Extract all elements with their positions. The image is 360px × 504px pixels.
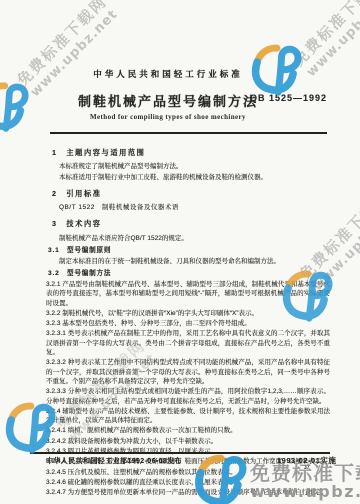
header-rule: [50, 132, 327, 134]
page-number: 37: [304, 465, 310, 471]
page-title: 制鞋机械产品型号编制方法: [58, 91, 278, 110]
subsection-heading: 3.2 型号编制方法: [48, 269, 330, 278]
paragraph: 本标准规定了制鞋机械产品型号编制方法。: [46, 162, 330, 171]
document-content: 中华人民共和国轻工行业标准 制鞋机械产品型号编制方法 Method for co…: [0, 0, 360, 504]
clause-paragraph: 3.2.1 产品型号由制鞋机械产品代号、基本型号、辅助型号三部分组成，制鞋机械代…: [46, 280, 330, 308]
footer-published: 中华人民共和国轻工业部1992-06-08发布: [46, 456, 182, 466]
paragraph: 制定本标准目的在于统一制鞋机械设备、刀具和仪器的型号命名和编制方法。: [46, 257, 330, 266]
clause-paragraph: 3.2.4 辅助型号表示产品的技术规格、主要性能参数、设计顺序号，技术规格和主要…: [46, 407, 330, 426]
clause-paragraph: 3.2.3 基本型号包括类号、种号、分种号三部分，由二至四个符号组成。: [46, 319, 330, 328]
section-heading: 2 引用标准: [52, 189, 330, 198]
page-title-english: Method for compiling types of shoe mechi…: [58, 113, 278, 121]
clause-paragraph: 3.2.2 制鞋机械代号，以“鞋”字的汉语拼音“Xie”的字头大写印刷体“X”表…: [46, 309, 330, 318]
clause-paragraph: 3.2.4.6 硫化罐的规格参数以罐的直径乘以长度表示，以厘米表示。: [46, 478, 330, 487]
reference-line: QB/T 1522 制鞋机械设备及仪器术语: [59, 203, 330, 212]
clause-paragraph: 3.2.4.2 裁料设备规格参数为冲裁力大小，以千牛顿数表示。: [46, 437, 330, 446]
issuing-org-line: 中华人民共和国轻工行业标准: [58, 68, 278, 80]
clause-paragraph: 3.2.3.3 分种号表示相同主结构型式或相同功能中派生的产品，用阿拉伯数字1,…: [46, 387, 330, 406]
paragraph: 制鞋机械产品术语应符合QB/T 1522的规定。: [46, 234, 330, 243]
clause-paragraph: 3.2.4.5 压合机及模压、注塑机械产品的规格参数以其工位数表示。: [46, 468, 330, 477]
footer-rule: [30, 452, 330, 454]
subsection-heading: 3.1 型号编制原则: [48, 246, 330, 255]
scanned-standard-page: 中华人民共和国轻工行业标准 制鞋机械产品型号编制方法 Method for co…: [0, 0, 360, 504]
section-heading: 1 主题内容与适用范围: [52, 148, 330, 157]
clause-paragraph: 3.2.3.1 类号表示机械产品在制鞋工艺中的作用，采用工艺名称中具有代表意义的…: [46, 329, 330, 357]
paragraph: 本标准适用于制鞋行业中加工皮鞋、旅游鞋的机械设备及鞋的检测仪器。: [46, 173, 330, 182]
clause-paragraph: 3.2.4.7 为方便型号使用单位更新本单位同一产品的需要而设立设计顺序号，它由…: [46, 488, 330, 497]
clause-paragraph: 3.2.3.2 种号表示某工艺作用中不同结构型式特点或不同功能的机械产品，采用产…: [46, 358, 330, 386]
section-heading: 3 技术内容: [52, 219, 330, 228]
clause-paragraph: 3.2.4.1 绱楦、脱楦机械产品的规格参数表示一次加工鞋楦的只数。: [46, 426, 330, 435]
document-body: 1 主题内容与适用范围本标准规定了制鞋机械产品型号编制方法。本标准适用于制鞋行业…: [46, 141, 330, 499]
standard-code: QB 1525—1992: [250, 93, 327, 103]
